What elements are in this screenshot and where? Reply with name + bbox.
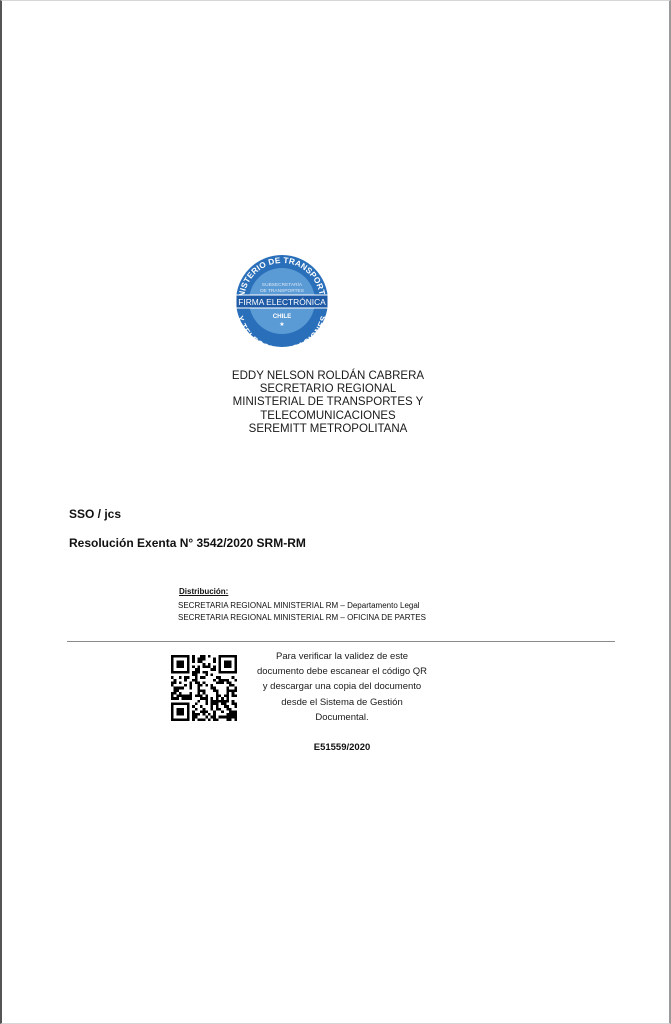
svg-text:FIRMA ELECTRÓNICA: FIRMA ELECTRÓNICA xyxy=(238,297,326,307)
svg-text:CHILE: CHILE xyxy=(273,313,292,320)
document-page: MINISTERIO DE TRANSPORTES Y TELECOMUNICA… xyxy=(0,0,671,1024)
distribution-item: SECRETARIA REGIONAL MINISTERIAL RM – Dep… xyxy=(178,601,420,610)
document-code: E51559/2020 xyxy=(292,742,392,753)
signer-name: EDDY NELSON ROLDÁN CABRERA xyxy=(202,370,454,383)
signer-title-line: SECRETARIO REGIONAL xyxy=(202,383,454,396)
svg-text:★: ★ xyxy=(279,321,284,328)
signer-title-line: SEREMITT METROPOLITANA xyxy=(202,423,454,436)
distribution-label: Distribución: xyxy=(179,587,228,596)
firma-electronica-seal-icon: MINISTERIO DE TRANSPORTES Y TELECOMUNICA… xyxy=(230,253,334,349)
verification-line: Documental. xyxy=(248,710,436,725)
distribution-item: SECRETARIA REGIONAL MINISTERIAL RM – OFI… xyxy=(178,613,426,622)
svg-text:SUBSECRETARÍA: SUBSECRETARÍA xyxy=(262,281,303,288)
resolution-number: Resolución Exenta N° 3542/2020 SRM-RM xyxy=(69,536,306,550)
verification-line: documento debe escanear el código QR xyxy=(248,664,436,679)
qr-code-icon xyxy=(171,655,237,721)
footer-divider xyxy=(67,641,615,642)
verification-line: y descargar una copia del documento xyxy=(248,679,436,694)
signer-title-line: MINISTERIAL DE TRANSPORTES Y xyxy=(202,396,454,409)
signer-title-line: TELECOMUNICACIONES xyxy=(202,410,454,423)
signer-block: EDDY NELSON ROLDÁN CABRERA SECRETARIO RE… xyxy=(202,370,454,436)
verification-line: Para verificar la validez de este xyxy=(248,649,436,664)
verification-text: Para verificar la validez de este docume… xyxy=(248,649,436,725)
svg-text:DE TRANSPORTES: DE TRANSPORTES xyxy=(260,288,304,294)
author-initials: SSO / jcs xyxy=(69,507,121,521)
verification-line: desde el Sistema de Gestión xyxy=(248,695,436,710)
